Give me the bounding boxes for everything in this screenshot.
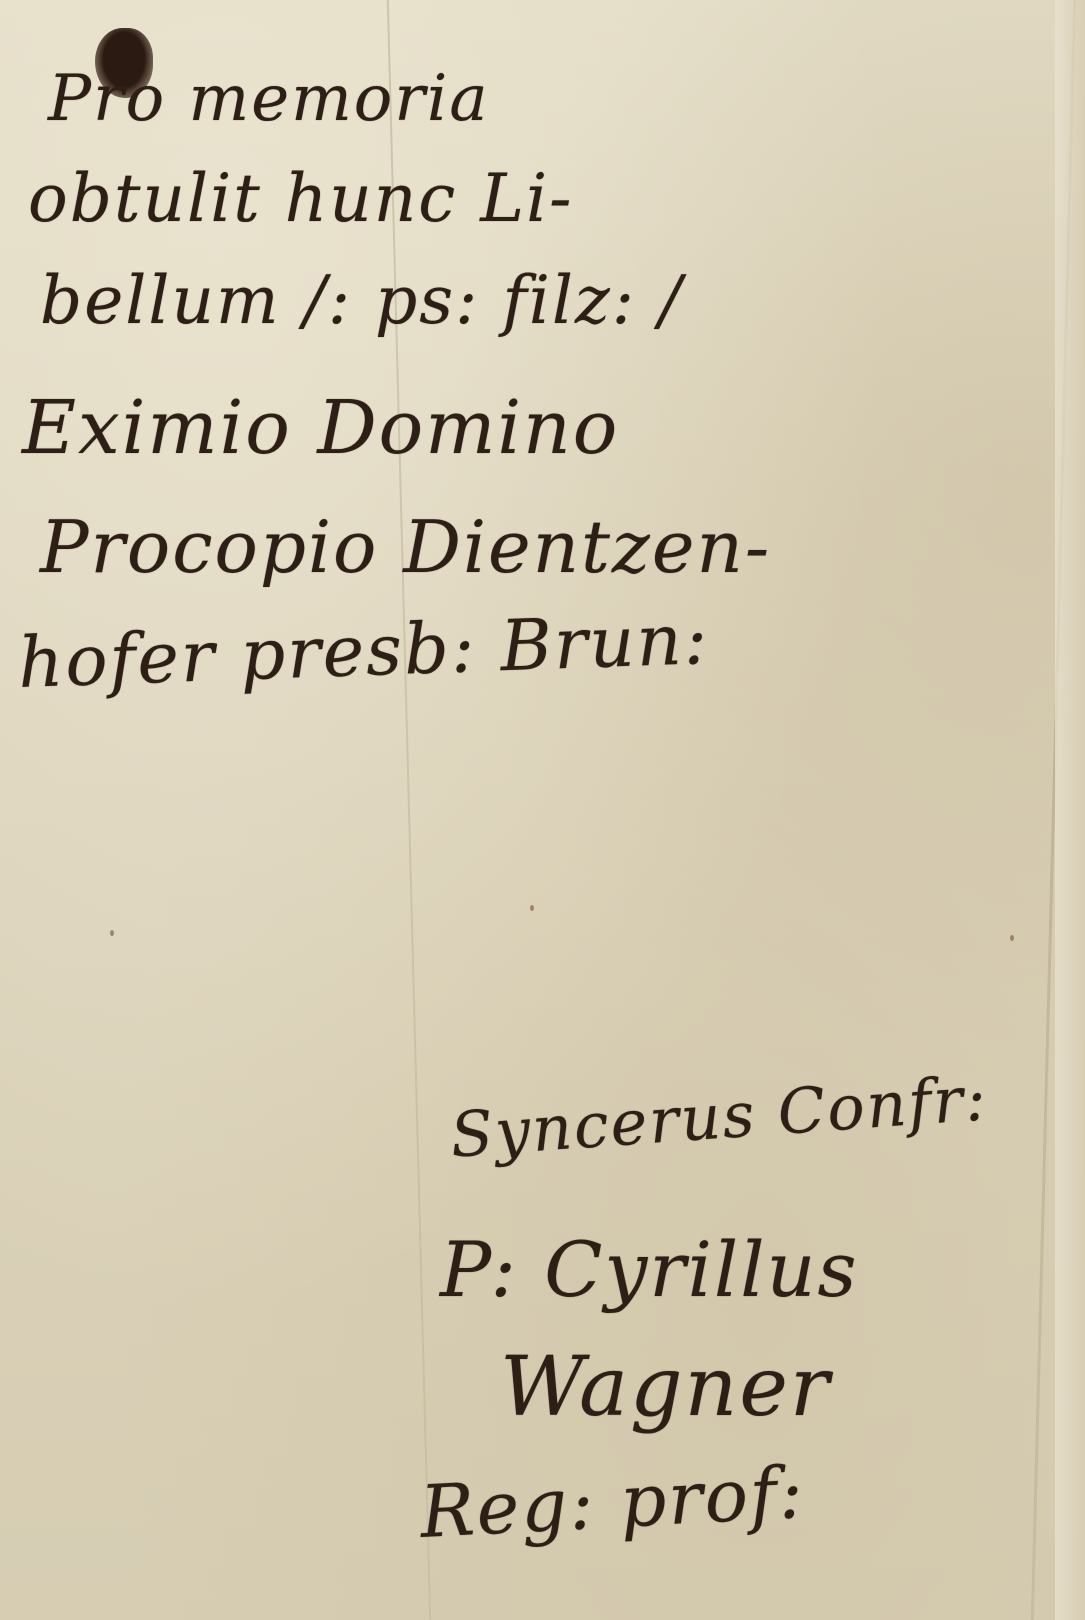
page-margin-edge [1055, 0, 1085, 1620]
dedication-line: Pro memoria [48, 62, 490, 136]
dedication-line: Procopio Dientzen- [40, 505, 771, 589]
signature-line: Syncerus Confr: [448, 1061, 990, 1171]
paper-fold-crease [387, 0, 431, 1620]
dedication-line: bellum /: ps: filz: / [40, 262, 683, 339]
paper-speck [530, 905, 534, 911]
dedication-line: hofer presb: Brun: [17, 598, 711, 704]
signature-line: Reg: prof: [418, 1450, 807, 1554]
manuscript-page: Pro memoria obtulit hunc Li- bellum /: p… [0, 0, 1085, 1620]
signature-line: Wagner [500, 1340, 831, 1435]
dedication-line: obtulit hunc Li- [28, 160, 573, 237]
paper-speck [110, 930, 114, 936]
signature-line: P: Cyrillus [440, 1225, 858, 1314]
dedication-line: Eximio Domino [22, 385, 619, 471]
paper-speck [1010, 935, 1014, 941]
